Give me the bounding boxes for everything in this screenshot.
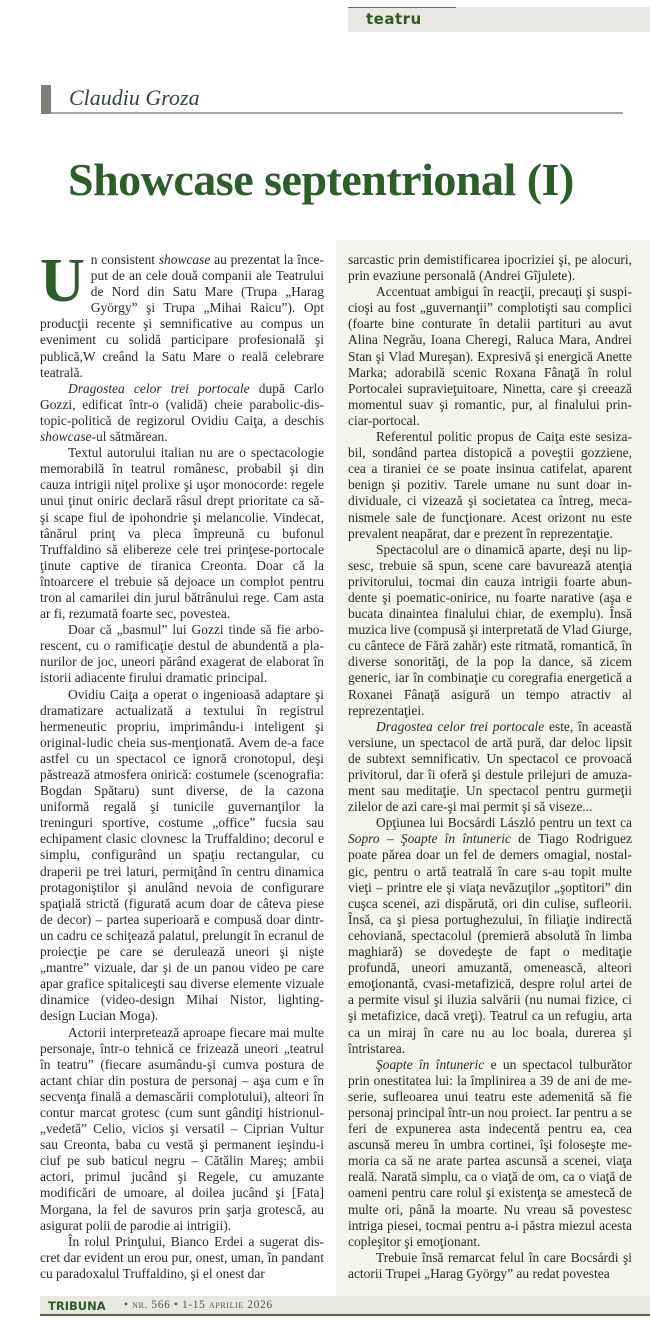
body-text: -ul sătmărean. bbox=[92, 429, 168, 444]
article-column-right: sarcastic prin demistificarea ipocriziei… bbox=[348, 252, 632, 1282]
paragraph: Dragostea celor trei portocale este, în … bbox=[348, 719, 632, 816]
paragraph: Şoapte în întuneric e un spectacol tulbu… bbox=[348, 1057, 632, 1250]
body-text: Ovidiu Caiţa a operat o ingenioasă adap­… bbox=[40, 687, 324, 1024]
body-text: e un spectacol tulburător prin onestitat… bbox=[348, 1057, 632, 1249]
page-footer: TRIBUNA • nr. 566 • 1-15 aprilie 2026 bbox=[40, 1296, 650, 1316]
paragraph: Opţiunea lui Bocsárdi László pentru un t… bbox=[348, 815, 632, 1056]
italic-title-text: Şoapte în întuneric bbox=[376, 1057, 484, 1072]
body-text: Spectacolul are o dinamică aparte, deşi … bbox=[348, 542, 632, 718]
author-accent-bar bbox=[41, 85, 51, 114]
paragraph: Un consistent showcase au prezentat la î… bbox=[40, 252, 324, 381]
paragraph: Textul autorului italian nu are o specta… bbox=[40, 445, 324, 622]
body-text: n consistent bbox=[91, 252, 159, 267]
paragraph: Doar că „basmul” lui Gozzi tinde să fie … bbox=[40, 622, 324, 686]
paragraph: Accentuat ambigui în reacţii, precauţi ş… bbox=[348, 284, 632, 429]
author-byline: Claudiu Groza bbox=[41, 84, 623, 114]
drop-cap: U bbox=[40, 256, 85, 304]
paragraph: Actorii interpretează aproape fiecare ma… bbox=[40, 1025, 324, 1234]
body-text: Textul autorului italian nu are o specta… bbox=[40, 445, 324, 621]
italic-title-text: showcase bbox=[40, 429, 92, 444]
italic-title-text: showcase bbox=[159, 252, 211, 267]
paragraph: Ovidiu Caiţa a operat o ingenioasă adap­… bbox=[40, 687, 324, 1025]
section-label: teatru bbox=[366, 10, 422, 28]
paragraph: Referentul politic propus de Caiţa este … bbox=[348, 429, 632, 542]
paragraph: Dragostea celor trei portocale după Carl… bbox=[40, 381, 324, 445]
footer-issue-info: • nr. 566 • 1-15 aprilie 2026 bbox=[124, 1299, 273, 1311]
paragraph: sarcastic prin demistificarea ipocriziei… bbox=[348, 252, 632, 284]
italic-title-text: Sopro – Şoapte în întuneric bbox=[348, 831, 511, 846]
body-text: Doar că „basmul” lui Gozzi tinde să fie … bbox=[40, 622, 324, 685]
section-header-tab: teatru bbox=[348, 7, 650, 32]
author-name: Claudiu Groza bbox=[69, 85, 200, 111]
italic-title-text: Dragostea celor trei portocale bbox=[68, 381, 250, 396]
body-text: Opţiunea lui Bocsárdi László pentru un t… bbox=[376, 815, 632, 830]
paragraph: În rolul Prinţului, Bianco Erdei a suger… bbox=[40, 1234, 324, 1282]
body-text: Referentul politic propus de Caiţa este … bbox=[348, 429, 632, 541]
footer-brand: TRIBUNA bbox=[48, 1299, 106, 1313]
body-text: Trebuie însă remarcat felul în care Bocs… bbox=[348, 1250, 632, 1281]
paragraph: Spectacolul are o dinamică aparte, deşi … bbox=[348, 542, 632, 719]
body-text: de Tiago Rodriguez poate părea doar un f… bbox=[348, 831, 632, 1055]
body-text: În rolul Prinţului, Bianco Erdei a suger… bbox=[40, 1234, 324, 1281]
body-text: Accentuat ambigui în reacţii, precauţi ş… bbox=[348, 284, 632, 428]
paragraph: Trebuie însă remarcat felul în care Bocs… bbox=[348, 1250, 632, 1282]
body-text: sarcastic prin demistificarea ipocriziei… bbox=[348, 252, 632, 283]
italic-title-text: Dragostea celor trei portocale bbox=[376, 719, 544, 734]
body-text: Actorii interpretează aproape fiecare ma… bbox=[40, 1025, 324, 1233]
article-column-left: Un consistent showcase au prezentat la î… bbox=[40, 252, 324, 1282]
article-title: Showcase septentrional (I) bbox=[68, 153, 628, 206]
